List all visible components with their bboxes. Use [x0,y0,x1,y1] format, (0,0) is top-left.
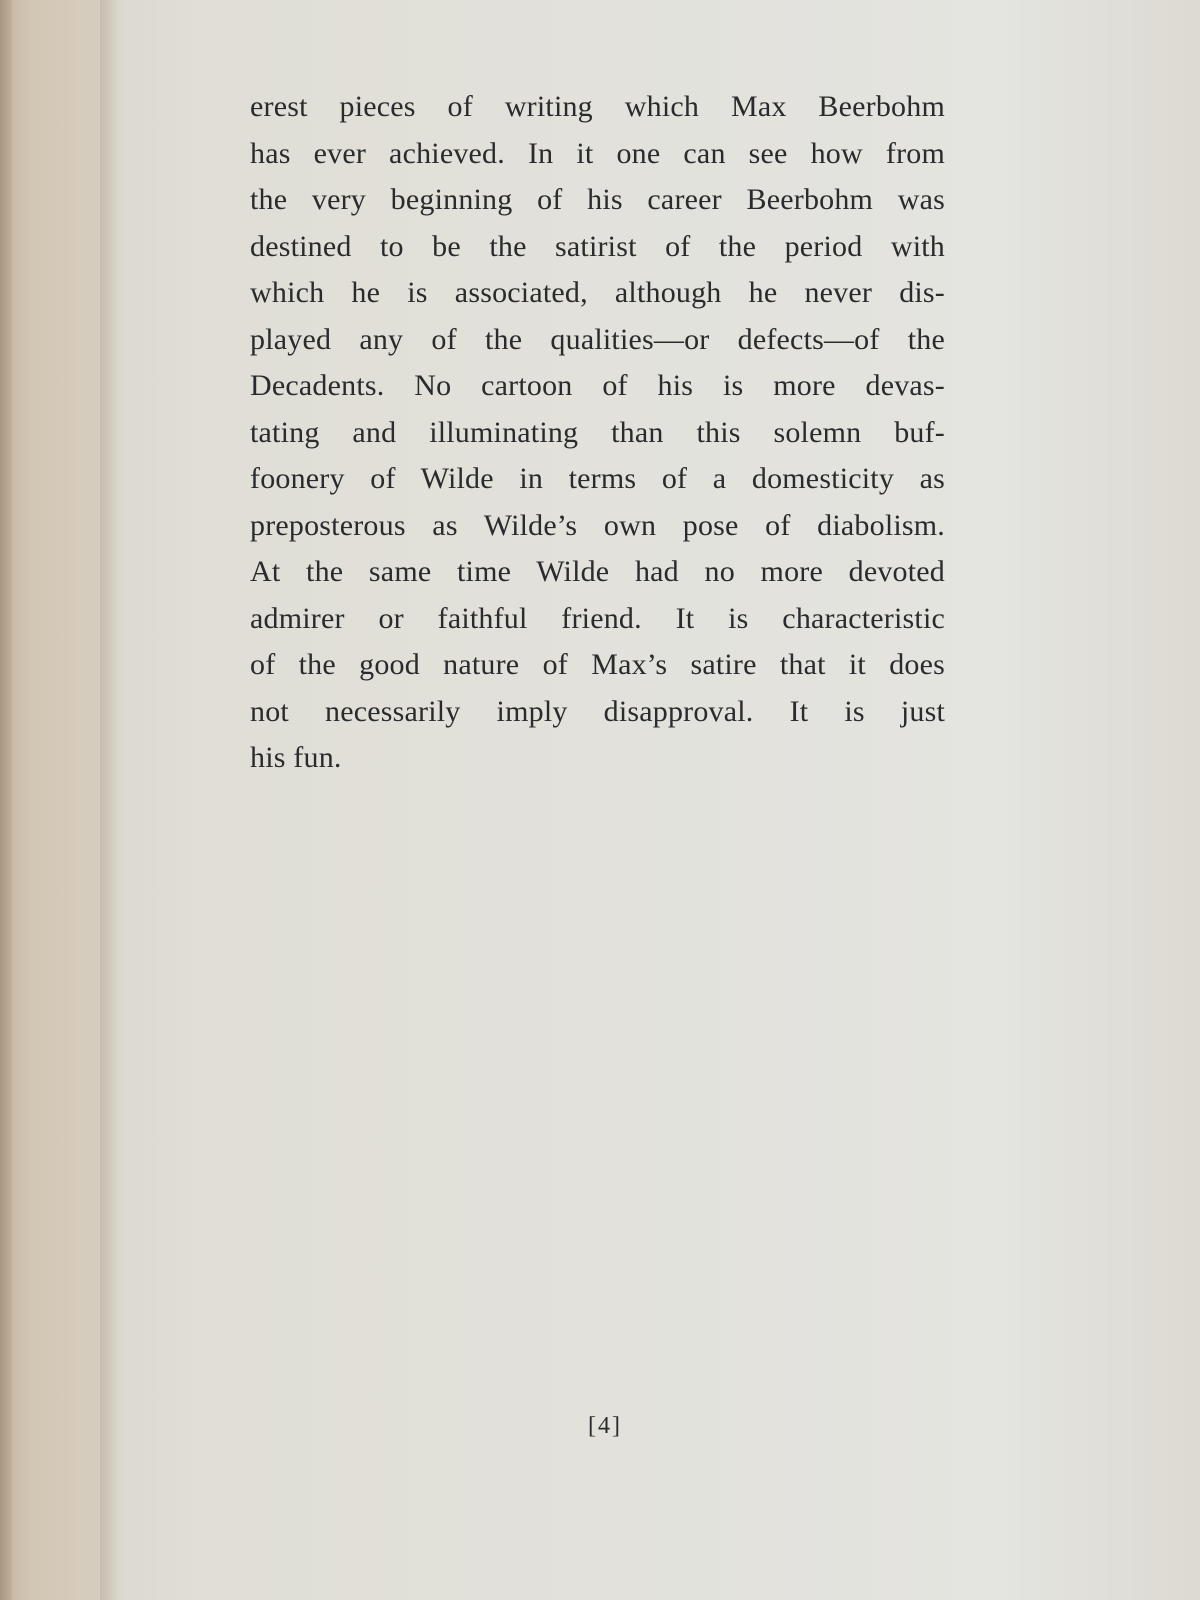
text-line: At the same time Wilde had no more devot… [250,549,945,596]
text-line: the very beginning of his career Beerboh… [250,177,945,224]
text-line: Decadents. No cartoon of his is more dev… [250,363,945,410]
book-page-edge [0,0,12,1600]
text-line: of the good nature of Max’s satire that … [250,642,945,689]
book-gutter-shadow [100,0,122,1600]
text-line: admirer or faithful friend. It is charac… [250,596,945,643]
text-line: which he is associated, although he neve… [250,270,945,317]
text-line: played any of the qualities—or defects—o… [250,317,945,364]
text-line: has ever achieved. In it one can see how… [250,131,945,178]
text-line: preposterous as Wilde’s own pose of diab… [250,503,945,550]
text-line: foonery of Wilde in terms of a domestici… [250,456,945,503]
page-number: [4] [560,1413,650,1440]
body-paragraph: erest pieces of writing which Max Beerbo… [250,84,945,782]
text-line: destined to be the satirist of the perio… [250,224,945,271]
text-line: erest pieces of writing which Max Beerbo… [250,84,945,131]
text-line: tating and illuminating than this solemn… [250,410,945,457]
text-line: not necessarily imply disapproval. It is… [250,689,945,736]
text-line: his fun. [250,735,945,782]
